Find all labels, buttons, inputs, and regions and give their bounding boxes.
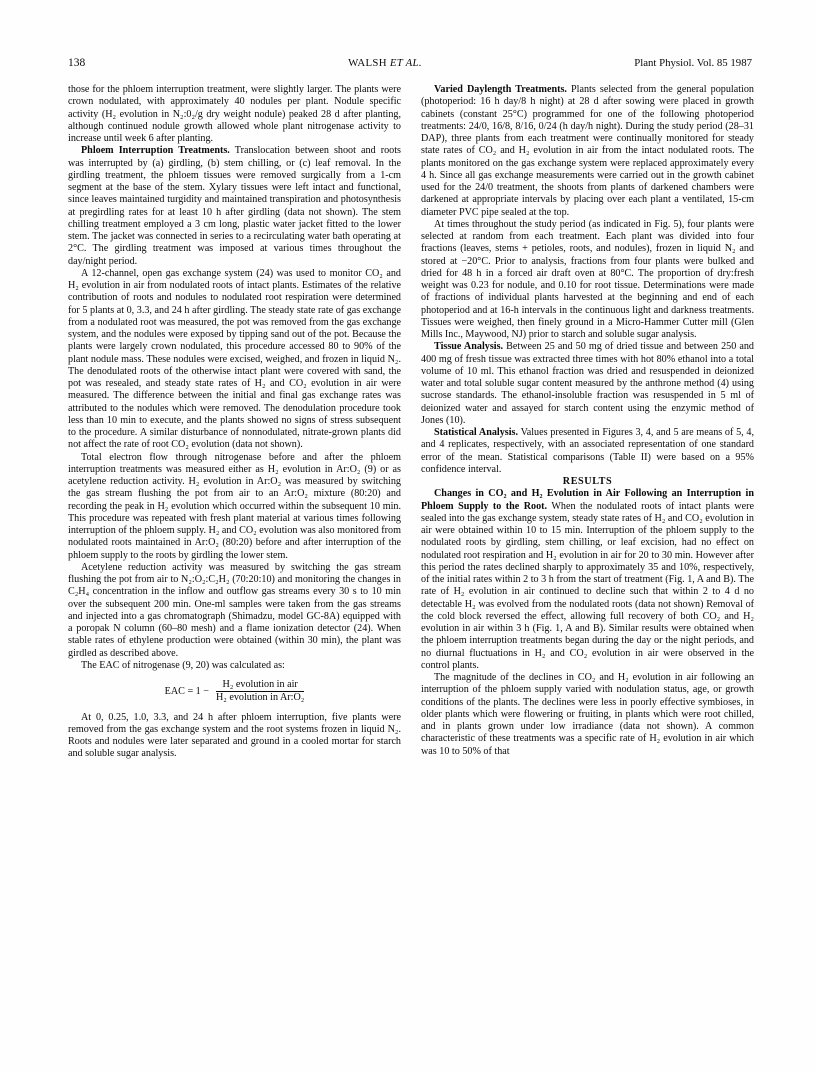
para-continued-from-previous-page: those for the phloem interruption treatm… [68,84,401,145]
para-statistical-analysis: Statistical Analysis. Values presented i… [421,427,754,476]
equation-fraction: H₂ evolution in air H₂ evolution in Ar:O… [216,679,304,705]
para-gas-exchange-system: A 12-channel, open gas exchange system (… [68,268,401,452]
running-title: WALSH ET AL. [188,57,582,69]
para-electron-flow: Total electron flow through nitrogenase … [68,452,401,562]
para-phloem-interruption-treatments: Phloem Interruption Treatments. Transloc… [68,145,401,268]
para-lead: Phloem Interruption Treatments. [81,145,230,156]
para-tissue-analysis: Tissue Analysis. Between 25 and 50 mg of… [421,341,754,427]
para-lead: Statistical Analysis. [434,427,518,438]
results-heading: RESULTS [421,476,754,488]
equation-lhs: EAC = 1 − [165,686,209,698]
page-number: 138 [68,57,188,69]
para-results-magnitude-declines: The magnitude of the declines in CO₂ and… [421,672,754,758]
para-results-phloem-interruption: Changes in CO₂ and H₂ Evolution in Air F… [421,488,754,672]
journal-page: 138 WALSH ET AL. Plant Physiol. Vol. 85 … [0,0,816,1073]
equation-denominator: H₂ evolution in Ar:O₂ [216,691,304,704]
journal-reference: Plant Physiol. Vol. 85 1987 [582,57,752,69]
two-column-body: those for the phloem interruption treatm… [68,84,754,761]
eac-equation: EAC = 1 − H₂ evolution in air H₂ evoluti… [68,679,401,705]
left-column: those for the phloem interruption treatm… [68,84,401,761]
running-etal: ET AL. [390,57,422,69]
right-column: Varied Daylength Treatments. Plants sele… [421,84,754,761]
para-acetylene-reduction: Acetylene reduction activity was measure… [68,562,401,660]
para-plant-fractionation: At times throughout the study period (as… [421,219,754,342]
para-harvest-schedule: At 0, 0.25, 1.0, 3.3, and 24 h after phl… [68,712,401,761]
para-lead: Tissue Analysis. [434,341,503,352]
para-eac-intro: The EAC of nitrogenase (9, 20) was calcu… [68,660,401,672]
equation-numerator: H₂ evolution in air [216,679,304,691]
running-header: 138 WALSH ET AL. Plant Physiol. Vol. 85 … [68,57,752,69]
para-varied-daylength-treatments: Varied Daylength Treatments. Plants sele… [421,84,754,219]
para-lead: Varied Daylength Treatments. [434,84,567,95]
running-author: WALSH [348,57,387,69]
